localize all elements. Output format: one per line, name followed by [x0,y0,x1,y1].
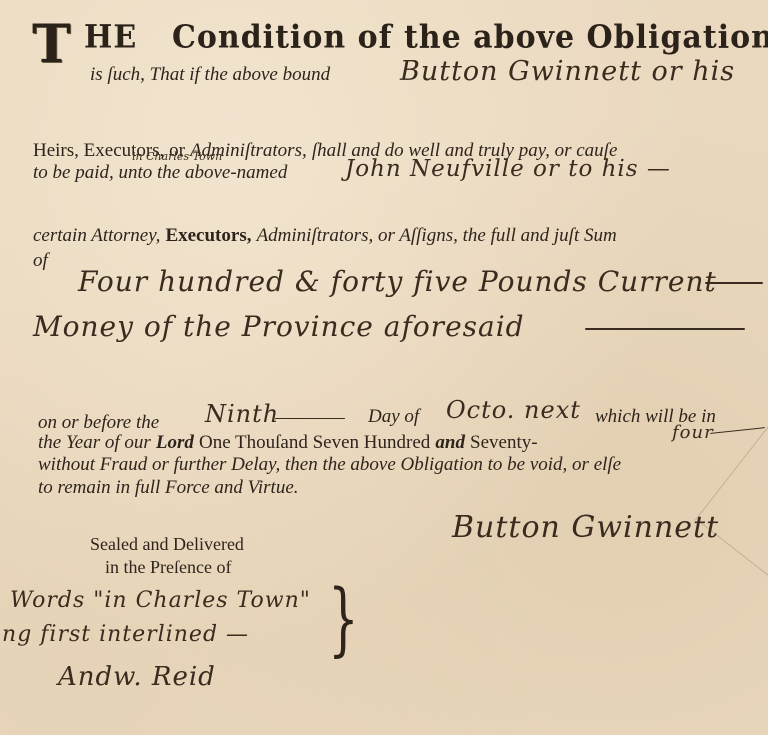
interlineation-note: ing first interlined — [0,622,249,647]
printed-text: of [33,250,48,272]
presence-label: in the Preſence of [105,557,231,578]
curly-brace: } [328,572,359,665]
handwritten-year: four [672,422,714,443]
heading-title: Condition of the above Obligation [172,19,768,56]
handwritten-sum: Four hundred & forty five Pounds Current [78,265,717,298]
fill-line [705,282,763,284]
handwritten-month: Octo. next [446,396,581,424]
printed-text: One Thouſand Seven Hundred [199,432,430,453]
fill-line [585,328,745,330]
printed-text: Day of [368,406,419,428]
printed-text: to remain in full Force and Virtue. [38,477,299,499]
handwritten-obligee: John Neufville or to his — [345,156,671,182]
printed-text: Adminiſtrators, or Aſſigns, the full and… [257,225,617,246]
sealed-label: Sealed and Delivered [90,534,244,555]
heading-rest: HE [84,19,137,56]
handwritten-currency: Money of the Province aforesaid [33,310,525,343]
interlineation-note: Words "in Charles Town" [10,588,311,613]
printed-line: the Year of our Lord One Thouſand Seven … [38,432,538,454]
handwritten-day: Ninth [205,400,279,428]
fill-line [710,427,765,434]
printed-text: to be paid, unto the above-named [33,162,287,184]
printed-text: certain Attorney, [33,225,160,246]
fill-line [275,418,345,419]
witness-signature: Andw. Reid [58,662,216,692]
printed-text: is ſuch, That if the above bound [90,64,330,86]
printed-text: Lord [156,432,194,453]
printed-text: Seventy- [470,432,538,453]
printed-line: certain Attorney, Executors, Adminiſtrat… [33,225,617,247]
handwritten-obligor: Button Gwinnett or his [400,56,735,87]
principal-signature: Button Gwinnett [452,510,719,545]
printed-text: the Year of our [38,432,151,453]
printed-text: Executors, [165,225,251,246]
printed-text: on or before the [38,412,159,434]
printed-text: and [435,432,465,453]
printed-text: without Fraud or further Delay, then the… [38,454,621,476]
drop-cap: T [32,14,71,75]
